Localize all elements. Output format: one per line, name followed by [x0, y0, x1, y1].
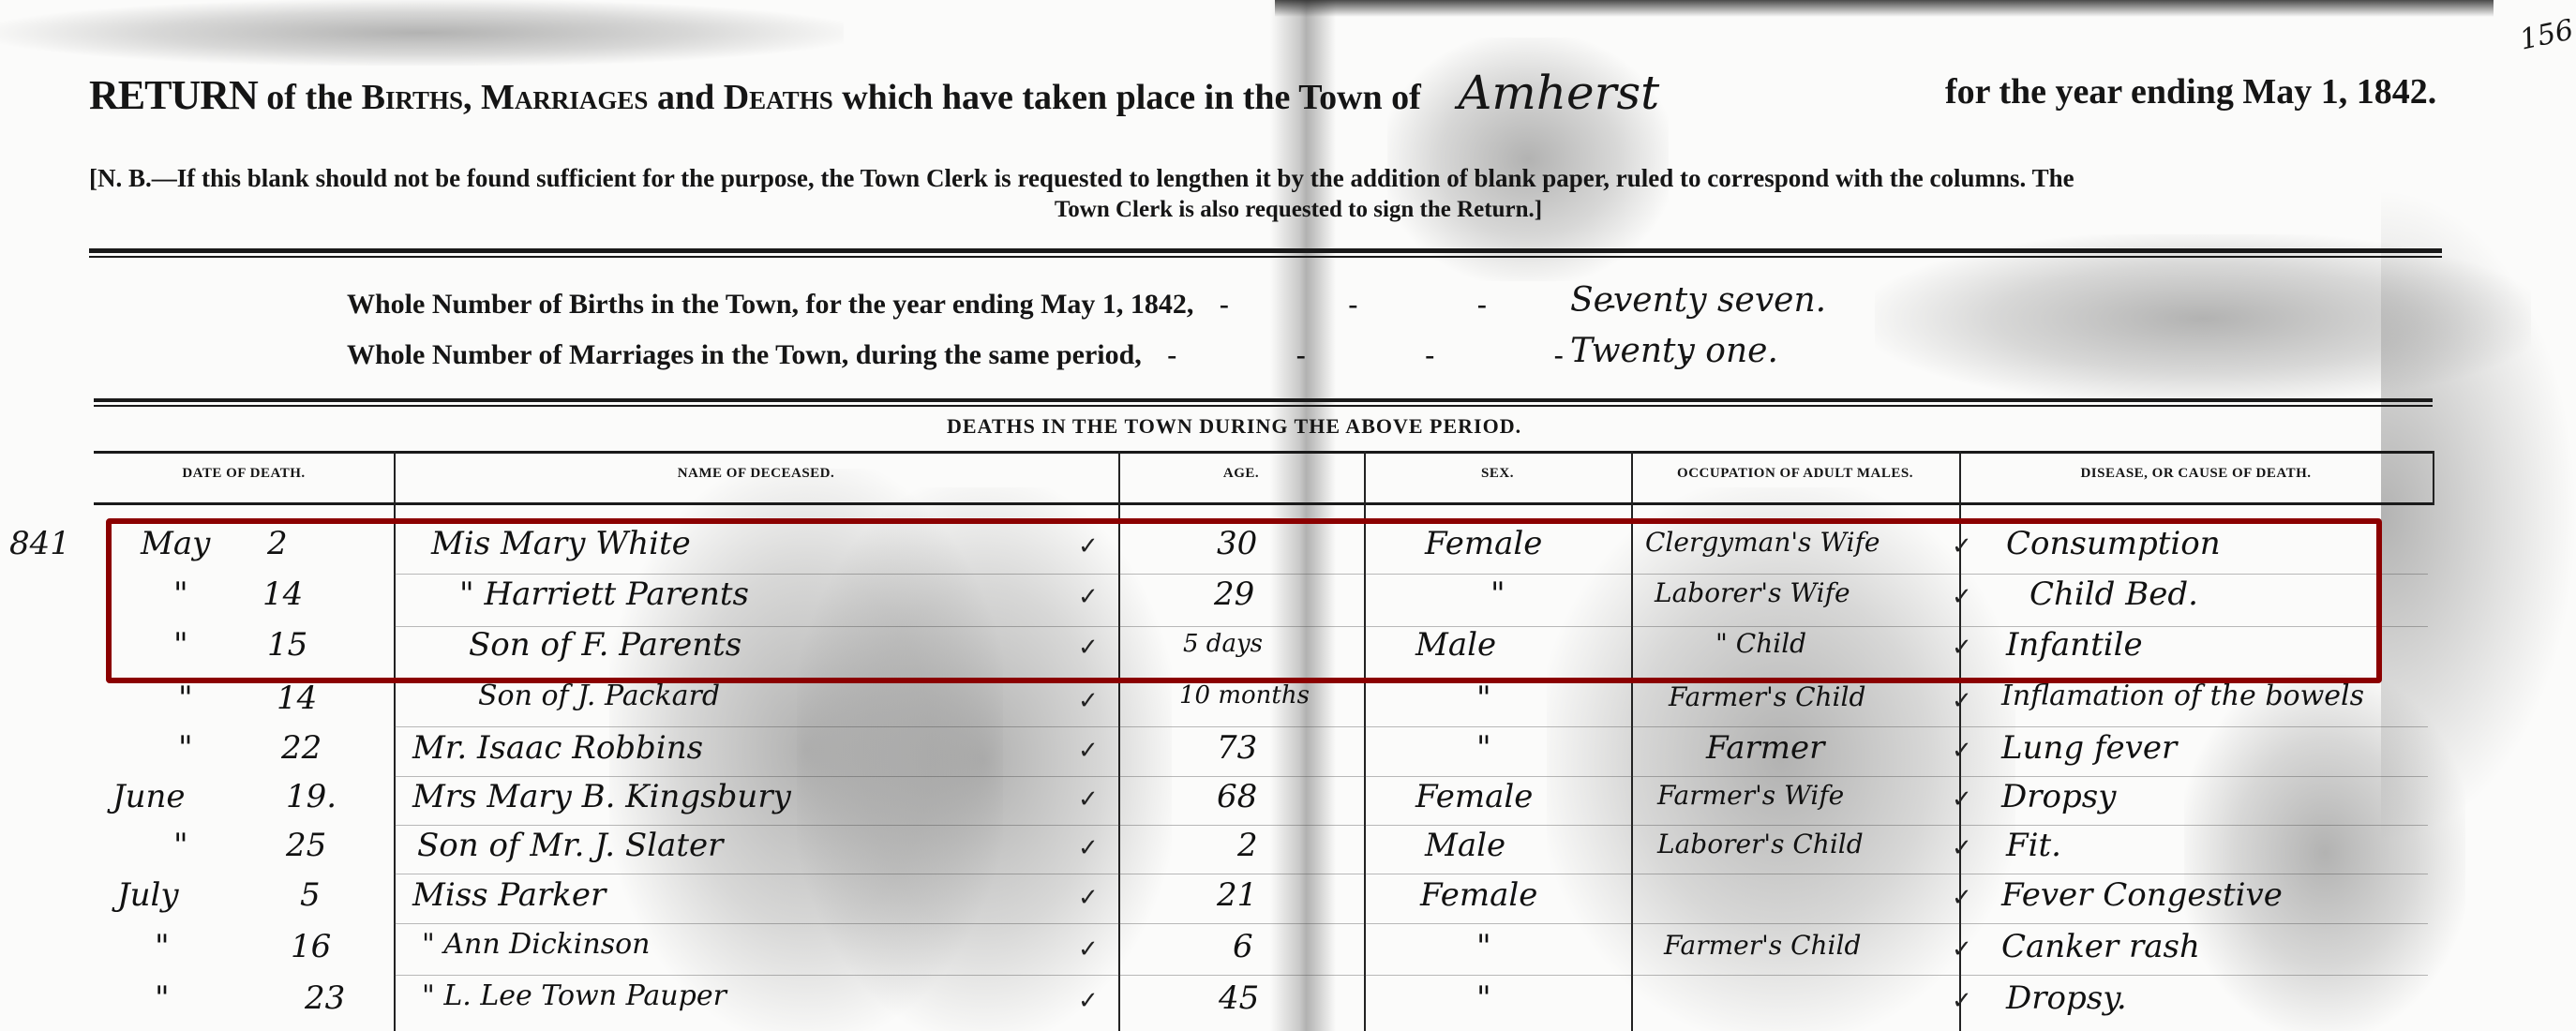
cell-cause: Fit. — [2006, 827, 2061, 864]
col-header-cause: DISEASE, OR CAUSE OF DEATH. — [1959, 466, 2433, 482]
title-and: and — [657, 78, 714, 117]
title-deaths: Deaths — [724, 78, 833, 117]
check-mark-icon: ✓ — [1078, 687, 1099, 715]
col-header-age: AGE. — [1118, 466, 1364, 482]
rule-below-columns — [94, 502, 2433, 505]
cell-month: June — [112, 778, 186, 815]
cell-cause: Dropsy. — [2006, 979, 2127, 1017]
cell-name: Son of Mr. J. Slater — [417, 827, 723, 864]
page-title: RETURN of the Births, Marriages and Deat… — [89, 66, 2489, 120]
births-total-label: Whole Number of Births in the Town, for … — [347, 289, 1193, 320]
check-mark-icon: ✓ — [1952, 785, 1972, 814]
rule-above-columns — [94, 451, 2433, 454]
cell-sex: Male — [1425, 827, 1505, 864]
highlight-box-annotation — [106, 518, 2382, 683]
check-mark-icon: ✓ — [1078, 987, 1099, 1015]
cell-occupation: Farmer's Child — [1664, 930, 1861, 961]
cell-month: " — [178, 729, 193, 767]
row-rule — [394, 726, 2428, 727]
cell-cause: Canker rash — [2001, 928, 2200, 965]
marriages-total-value: Twenty one. — [1570, 332, 1778, 370]
row-rule — [394, 776, 2428, 777]
cell-day: 5 — [300, 876, 321, 914]
check-mark-icon: ✓ — [1952, 935, 1972, 964]
births-total-value: Seventy seven. — [1570, 281, 1826, 320]
column-divider — [2433, 451, 2434, 505]
cell-name: Son of J. Packard — [478, 680, 720, 712]
check-mark-icon: ✓ — [1952, 737, 1972, 765]
marriages-total-label: Whole Number of Marriages in the Town, d… — [347, 339, 1142, 370]
cell-occupation: Laborer's Child — [1657, 829, 1864, 859]
rule-above-deaths — [94, 398, 2433, 402]
cell-occupation: Farmer — [1706, 729, 1824, 767]
cell-month: July — [117, 876, 179, 914]
col-header-sex: SEX. — [1364, 466, 1631, 482]
title-of-the: of the — [266, 78, 352, 117]
cell-day: 25 — [286, 827, 326, 864]
cell-cause: Lung fever — [2001, 729, 2177, 767]
deaths-heading: DEATHS IN THE TOWN DURING THE ABOVE PERI… — [947, 414, 1521, 439]
cell-sex: Female — [1415, 778, 1533, 815]
cell-sex: " — [1476, 928, 1491, 965]
scan-smudge — [0, 0, 844, 66]
cell-occupation: Farmer's Wife — [1657, 780, 1844, 811]
cell-age: 21 — [1217, 876, 1257, 914]
cell-age: 2 — [1237, 827, 1258, 864]
cell-month: " — [155, 979, 170, 1017]
check-mark-icon: ✓ — [1078, 935, 1099, 964]
cell-day: 23 — [305, 979, 345, 1017]
row-rule — [394, 923, 2428, 924]
cell-day: 22 — [281, 729, 322, 767]
rule-above-deaths-thin — [94, 405, 2433, 407]
cell-name: Mrs Mary B. Kingsbury — [412, 778, 791, 815]
scan-top-edge — [1275, 0, 2494, 17]
cell-day: 19. — [286, 778, 337, 815]
cell-name: " Ann Dickinson — [422, 928, 651, 961]
page-edge-shadow — [2381, 187, 2576, 844]
page-number: 156 — [2517, 13, 2576, 56]
cell-age: 10 months — [1179, 681, 1310, 710]
col-header-occupation: OCCUPATION OF ADULT MALES. — [1631, 466, 1959, 482]
title-year: for the year ending May 1, 1842. — [1945, 71, 2436, 112]
cell-sex: " — [1476, 680, 1491, 717]
row-rule — [394, 975, 2428, 976]
cell-age: 68 — [1217, 778, 1257, 815]
row-rule — [394, 825, 2428, 826]
check-mark-icon: ✓ — [1078, 785, 1099, 814]
title-births: Births, — [362, 78, 472, 117]
cell-occupation: Farmer's Child — [1669, 681, 1865, 712]
cell-month: " — [155, 928, 170, 965]
cell-cause: Fever Congestive — [2001, 876, 2283, 914]
cell-cause: Dropsy — [2001, 778, 2116, 815]
check-mark-icon: ✓ — [1078, 884, 1099, 912]
nb-note: [N. B.—If this blank should not be found… — [89, 164, 2451, 223]
cell-age: 73 — [1217, 729, 1257, 767]
cell-name: Mr. Isaac Robbins — [412, 729, 703, 767]
cell-age: 6 — [1233, 928, 1253, 965]
row-rule — [394, 874, 2428, 874]
cell-cause: Inflamation of the bowels — [2001, 680, 2364, 712]
cell-month: " — [178, 680, 193, 717]
col-header-name: NAME OF DECEASED. — [394, 466, 1118, 482]
title-return: RETURN — [89, 72, 258, 118]
double-rule-top — [89, 248, 2442, 253]
check-mark-icon: ✓ — [1952, 834, 1972, 862]
cell-day: 14 — [277, 680, 317, 717]
cell-sex: " — [1476, 979, 1491, 1017]
page-gutter-shadow — [1270, 0, 1336, 1031]
margin-year: 841 — [9, 525, 70, 562]
marriages-total-row: Whole Number of Marriages in the Town, d… — [347, 339, 1748, 371]
check-mark-icon: ✓ — [1078, 737, 1099, 765]
cell-age: 45 — [1219, 979, 1259, 1017]
nb-note-line2: Town Clerk is also requested to sign the… — [89, 197, 2451, 223]
check-mark-icon: ✓ — [1952, 987, 1972, 1015]
cell-name: " L. Lee Town Pauper — [422, 979, 726, 1012]
cell-sex: Female — [1420, 876, 1537, 914]
births-total-row: Whole Number of Births in the Town, for … — [347, 289, 1671, 321]
nb-note-line1: [N. B.—If this blank should not be found… — [89, 164, 2074, 192]
cell-day: 16 — [291, 928, 331, 965]
check-mark-icon: ✓ — [1952, 884, 1972, 912]
title-marriages: Marriages — [481, 78, 648, 117]
check-mark-icon: ✓ — [1952, 687, 1972, 715]
cell-sex: " — [1476, 729, 1491, 767]
cell-month: " — [173, 827, 188, 864]
check-mark-icon: ✓ — [1078, 834, 1099, 862]
title-middle: which have taken place in the Town of — [842, 78, 1421, 117]
town-name-handwritten: Amherst — [1458, 66, 1814, 120]
cell-name: Miss Parker — [412, 876, 606, 914]
double-rule-bottom — [89, 256, 2442, 258]
col-header-date: DATE OF DEATH. — [94, 466, 394, 482]
